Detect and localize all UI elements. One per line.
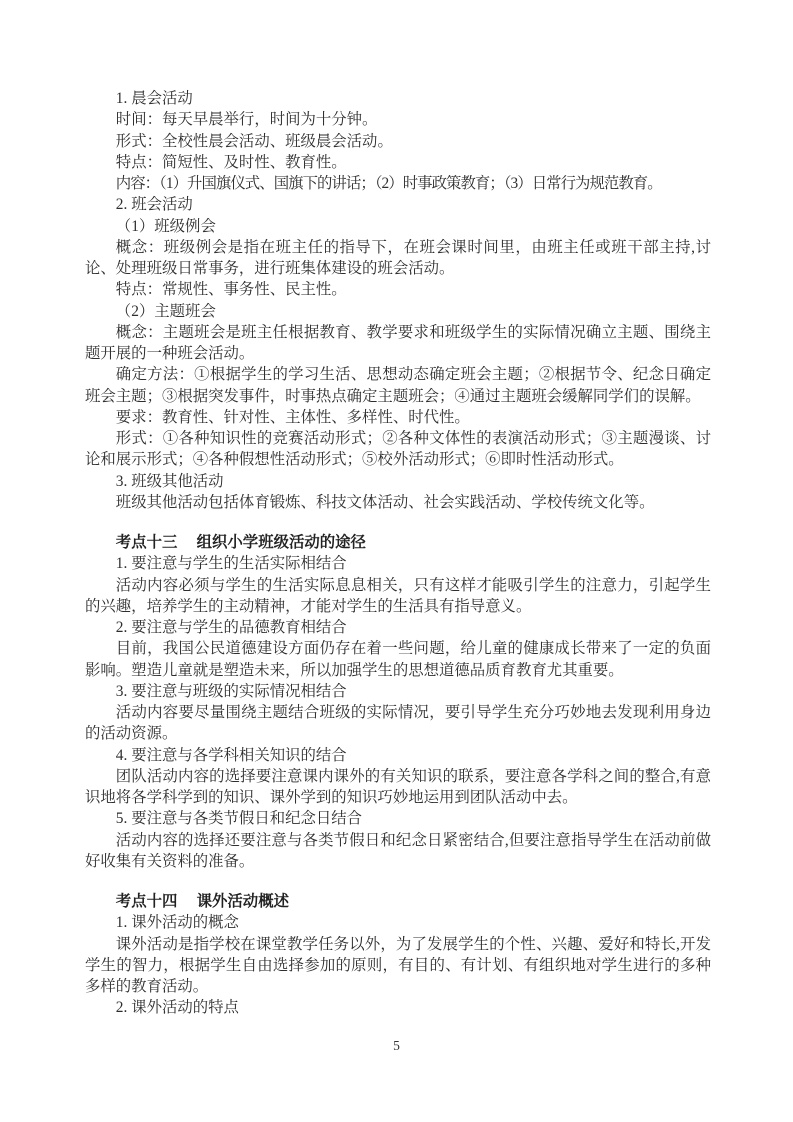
paragraph: （1）班级例会 [85,216,711,237]
paragraph: 确定方法：①根据学生的学习生活、思想动态确定班会主题；②根据节令、纪念日确定班会… [85,364,711,407]
paragraph: 1. 要注意与学生的生活实际相结合 [85,553,711,574]
paragraph: （2）主题班会 [85,301,711,322]
section-heading: 考点十三组织小学班级活动的途径 [85,532,711,553]
paragraph: 5. 要注意与各类节假日和纪念日结合 [85,808,711,829]
paragraph: 班级其他活动包括体育锻炼、科技文体活动、社会实践活动、学校传统文化等。 [85,492,711,513]
section-heading-label: 考点十四 [116,893,178,910]
paragraph: 2. 课外活动的特点 [85,997,711,1018]
paragraph: 1. 晨会活动 [85,88,711,109]
paragraph: 要求：教育性、针对性、主体性、多样性、时代性。 [85,407,711,428]
paragraph: 特点：简短性、及时性、教育性。 [85,152,711,173]
paragraph: 形式：全校性晨会活动、班级晨会活动。 [85,131,711,152]
paragraph: 形式：①各种知识性的竞赛活动形式；②各种文体性的表演活动形式；③主题漫谈、讨论和… [85,428,711,471]
paragraph: 特点：常规性、事务性、民主性。 [85,279,711,300]
paragraph: 活动内容的选择还要注意与各类节假日和纪念日紧密结合,但要注意指导学生在活动前做好… [85,830,711,873]
paragraph: 活动内容必须与学生的生活实际息息相关，只有这样才能吸引学生的注意力，引起学生的兴… [85,575,711,618]
paragraph: 时间：每天早晨举行，时间为十分钟。 [85,109,711,130]
paragraph: 目前，我国公民道德建设方面仍存在着一些问题，给儿童的健康成长带来了一定的负面影响… [85,638,711,681]
document-content: 1. 晨会活动时间：每天早晨举行，时间为十分钟。形式：全校性晨会活动、班级晨会活… [85,88,711,1019]
section-heading: 考点十四课外活动概述 [85,891,711,912]
page-footer: 5 [0,1037,793,1055]
paragraph: 概念：班级例会是指在班主任的指导下，在班会课时间里，由班主任或班干部主持,讨论、… [85,237,711,280]
paragraph: 3. 要注意与班级的实际情况相结合 [85,681,711,702]
section-heading-title: 课外活动概述 [197,893,289,910]
paragraph: 2. 班会活动 [85,194,711,215]
paragraph: 团队活动内容的选择要注意课内课外的有关知识的联系，要注意各学科之间的整合,有意识… [85,766,711,809]
paragraph: 课外活动是指学校在课堂教学任务以外，为了发展学生的个性、兴趣、爱好和特长,开发学… [85,934,711,998]
paragraph: 活动内容要尽量围绕主题结合班级的实际情况，要引导学生充分巧妙地去发现利用身边的活… [85,702,711,745]
page-number: 5 [393,1038,400,1053]
paragraph: 内容：（1）升国旗仪式、国旗下的讲话；（2）时事政策教育；（3）日常行为规范教育… [85,173,711,194]
paragraph: 2. 要注意与学生的品德教育相结合 [85,617,711,638]
paragraph: 1. 课外活动的概念 [85,912,711,933]
paragraph: 概念：主题班会是班主任根据教育、教学要求和班级学生的实际情况确立主题、围绕主题开… [85,322,711,365]
section-heading-title: 组织小学班级活动的途径 [197,534,366,551]
document-page: 1. 晨会活动时间：每天早晨举行，时间为十分钟。形式：全校性晨会活动、班级晨会活… [0,0,793,1122]
paragraph: 3. 班级其他活动 [85,471,711,492]
paragraph: 4. 要注意与各学科相关知识的结合 [85,745,711,766]
section-heading-label: 考点十三 [116,534,178,551]
